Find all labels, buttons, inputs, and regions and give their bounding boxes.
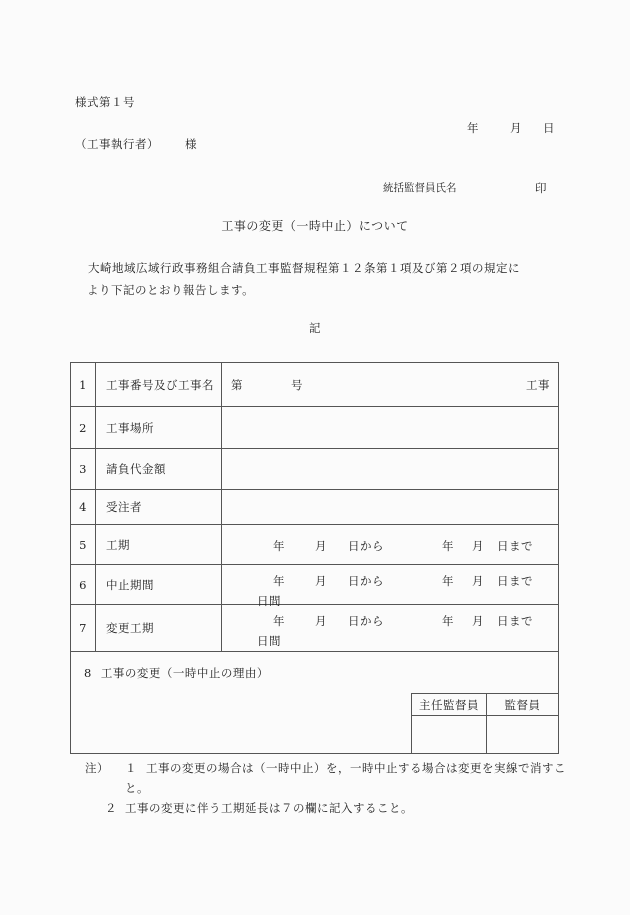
day-to-label: 日まで — [497, 613, 533, 629]
year-label: 年 — [442, 613, 454, 629]
year-label: 年 — [273, 613, 285, 629]
supervisor-sign-table: 主任監督員 監督員 — [411, 693, 559, 754]
year-label: 年 — [442, 573, 454, 589]
table-row-5: 5 工期 年 月 日から 年 月 日まで — [71, 524, 558, 564]
note-2-line-1: 工事の変更に伴う工期延長は７の欄に記入すること。 — [125, 802, 413, 815]
year-label: 年 — [273, 573, 285, 589]
month-label: 月 — [472, 613, 484, 629]
contractor-cell — [222, 490, 558, 524]
sender-label: 統括監督員氏名 — [383, 182, 457, 195]
body-line-1: 大崎地域広域行政事務組合請負工事監督規程第１２条第１項及び第２項の規定に — [88, 262, 520, 275]
row-label: 工期 — [96, 525, 222, 564]
work-location-cell — [222, 407, 558, 448]
sign-table-header-row: 主任監督員 監督員 — [412, 694, 558, 716]
date-month-label: 月 — [510, 122, 522, 135]
form-number: 様式第１号 — [75, 96, 135, 109]
month-label: 月 — [315, 613, 327, 629]
row-label: 受注者 — [96, 490, 222, 524]
note-prefix: 注） — [85, 762, 109, 775]
days-line: 日間 — [222, 633, 558, 646]
supervisor-header: 監督員 — [487, 694, 558, 715]
year-label: 年 — [442, 538, 454, 554]
sign-table-value-row — [412, 716, 558, 753]
table-row-1: 1 工事番号及び工事名 第 号 工事 — [71, 363, 558, 406]
period-line: 年 月 日から 年 月 日まで — [222, 538, 558, 551]
dai-token: 第 — [231, 377, 243, 393]
reason-row-header: 8工事の変更（一時中止の理由） — [84, 665, 269, 681]
seal-label: 印 — [535, 182, 547, 195]
row-number: 6 — [71, 565, 96, 604]
supervisor-sign-cell — [487, 716, 558, 753]
document-page: 様式第１号 年 月 日 （工事執行者） 様 統括監督員氏名 印 工事の変更（一時… — [0, 0, 630, 915]
date-year-label: 年 — [467, 122, 479, 135]
record-mark: 記 — [0, 322, 630, 335]
note-1-line-1: 工事の変更の場合は（一時中止）を，一時中止する場合は変更を実線で消すこ — [146, 762, 566, 775]
month-label: 月 — [472, 538, 484, 554]
row-number: 4 — [71, 490, 96, 524]
row-label: 工事の変更（一時中止の理由） — [101, 666, 269, 680]
month-label: 月 — [472, 573, 484, 589]
year-label: 年 — [273, 538, 285, 554]
note-1-number: １ — [125, 762, 137, 775]
row-number: 3 — [71, 449, 96, 489]
day-from-label: 日から — [348, 538, 384, 554]
table-row-6: 6 中止期間 年 月 日から 年 月 日まで 日間 — [71, 564, 558, 604]
day-to-label: 日まで — [497, 538, 533, 554]
month-label: 月 — [315, 573, 327, 589]
suspension-period-cell: 年 月 日から 年 月 日まで 日間 — [222, 565, 558, 604]
form-table: 1 工事番号及び工事名 第 号 工事 2 工事場所 3 請負代金額 4 受注者 … — [70, 362, 559, 754]
row-label: 変更工期 — [96, 605, 222, 651]
table-row-7: 7 変更工期 年 月 日から 年 月 日まで 日間 — [71, 604, 558, 651]
row-label: 中止期間 — [96, 565, 222, 604]
table-row-4: 4 受注者 — [71, 489, 558, 524]
row-label: 工事番号及び工事名 — [96, 363, 222, 406]
note-2-number: ２ — [105, 802, 117, 815]
work-number-name-cell: 第 号 工事 — [222, 363, 558, 406]
contract-amount-cell — [222, 449, 558, 489]
table-row-3: 3 請負代金額 — [71, 448, 558, 489]
work-period-cell: 年 月 日から 年 月 日まで — [222, 525, 558, 564]
row-number: 2 — [71, 407, 96, 448]
row-label: 請負代金額 — [96, 449, 222, 489]
addressee: （工事執行者） — [75, 138, 159, 151]
day-to-label: 日まで — [497, 573, 533, 589]
days-label: 日間 — [257, 633, 281, 649]
table-row-8: 8工事の変更（一時中止の理由） 主任監督員 監督員 — [71, 651, 558, 753]
body-line-2: より下記のとおり報告します。 — [87, 284, 254, 297]
period-line: 年 月 日から 年 月 日まで — [222, 613, 558, 626]
day-from-label: 日から — [348, 613, 384, 629]
go-token: 号 — [291, 377, 303, 393]
table-row-2: 2 工事場所 — [71, 406, 558, 448]
row-number: 7 — [71, 605, 96, 651]
month-label: 月 — [315, 538, 327, 554]
date-day-label: 日 — [543, 122, 555, 135]
row-label: 工事場所 — [96, 407, 222, 448]
note-1-line-2: と。 — [125, 782, 149, 795]
koji-token: 工事 — [526, 377, 550, 393]
row-number: 8 — [84, 666, 92, 680]
chief-supervisor-header: 主任監督員 — [412, 694, 487, 715]
addressee-honorific: 様 — [185, 138, 197, 151]
chief-supervisor-sign-cell — [412, 716, 487, 753]
document-title: 工事の変更（一時中止）について — [0, 220, 630, 233]
row-number: 5 — [71, 525, 96, 564]
day-from-label: 日から — [348, 573, 384, 589]
changed-period-cell: 年 月 日から 年 月 日まで 日間 — [222, 605, 558, 651]
period-line: 年 月 日から 年 月 日まで — [222, 573, 558, 586]
row-number: 1 — [71, 363, 96, 406]
